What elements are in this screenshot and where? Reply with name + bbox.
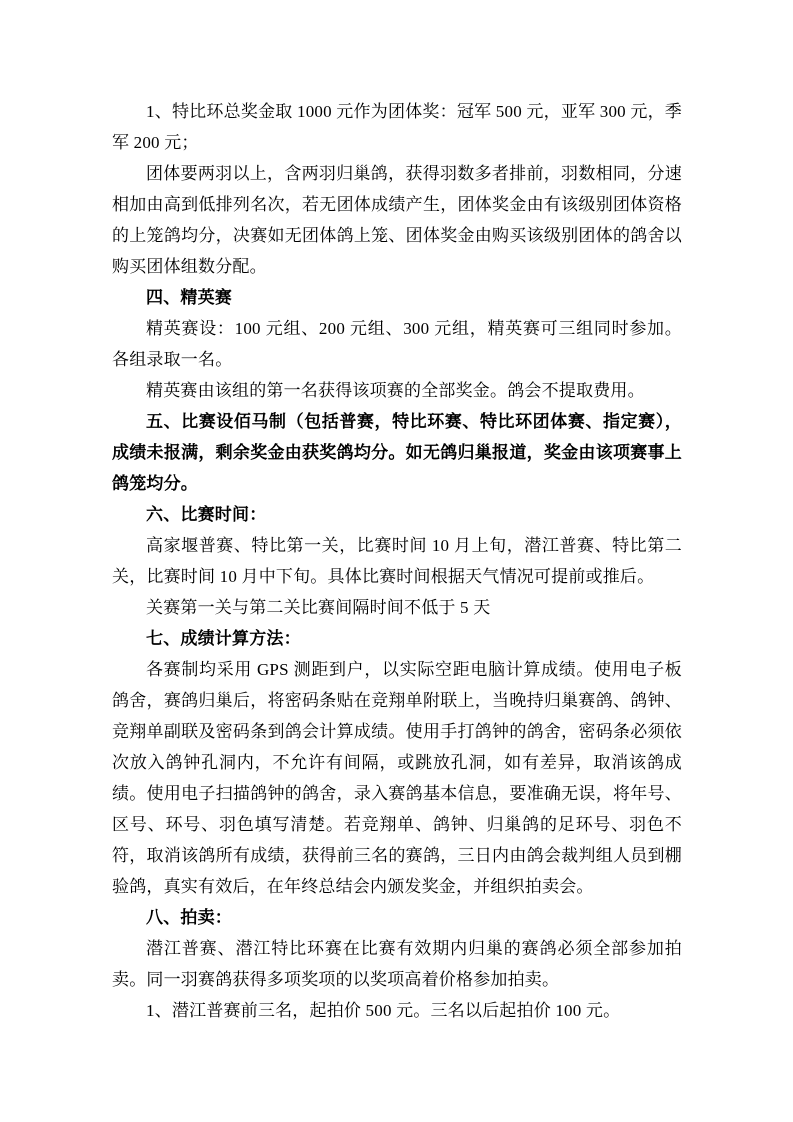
para-team-ranking-rules: 团体要两羽以上，含两羽归巢鸽，获得羽数多者排前，羽数相同，分速相加由高到低排列名… bbox=[112, 158, 682, 282]
heading-section-6-race-time: 六、比赛时间： bbox=[112, 499, 682, 530]
para-team-award-amounts: 1、特比环总奖金取 1000 元作为团体奖：冠军 500 元，亚军 300 元，… bbox=[112, 96, 682, 158]
para-auction-starting-prices: 1、潜江普赛前三名，起拍价 500 元。三名以后起拍价 100 元。 bbox=[112, 995, 682, 1026]
document-body: 1、特比环总奖金取 1000 元作为团体奖：冠军 500 元，亚军 300 元，… bbox=[112, 96, 682, 1026]
para-section-5-baima-system: 五、比赛设佰马制（包括普赛，特比环赛、特比环团体赛、指定赛），成绩未报满，剩余奖… bbox=[112, 406, 682, 499]
para-race-schedule: 高家堰普赛、特比第一关，比赛时间 10 月上旬，潜江普赛、特比第二关，比赛时间 … bbox=[112, 530, 682, 592]
heading-section-4-elite-race: 四、精英赛 bbox=[112, 282, 682, 313]
document-page: 1、特比环总奖金取 1000 元作为团体奖：冠军 500 元，亚军 300 元，… bbox=[0, 0, 793, 1122]
para-elite-race-groups: 精英赛设：100 元组、200 元组、300 元组，精英赛可三组同时参加。各组录… bbox=[112, 313, 682, 375]
para-elite-race-award: 精英赛由该组的第一名获得该项赛的全部奖金。鸽会不提取费用。 bbox=[112, 375, 682, 406]
heading-section-8-auction: 八、拍卖： bbox=[112, 902, 682, 933]
para-race-interval: 关赛第一关与第二关比赛间隔时间不低于 5 天 bbox=[112, 592, 682, 623]
para-auction-rules: 潜江普赛、潜江特比环赛在比赛有效期内归巢的赛鸽必须全部参加拍卖。同一羽赛鸽获得多… bbox=[112, 933, 682, 995]
para-scoring-method: 各赛制均采用 GPS 测距到户，以实际空距电脑计算成绩。使用电子板鸽舍，赛鸽归巢… bbox=[112, 654, 682, 902]
heading-section-7-scoring: 七、成绩计算方法： bbox=[112, 623, 682, 654]
